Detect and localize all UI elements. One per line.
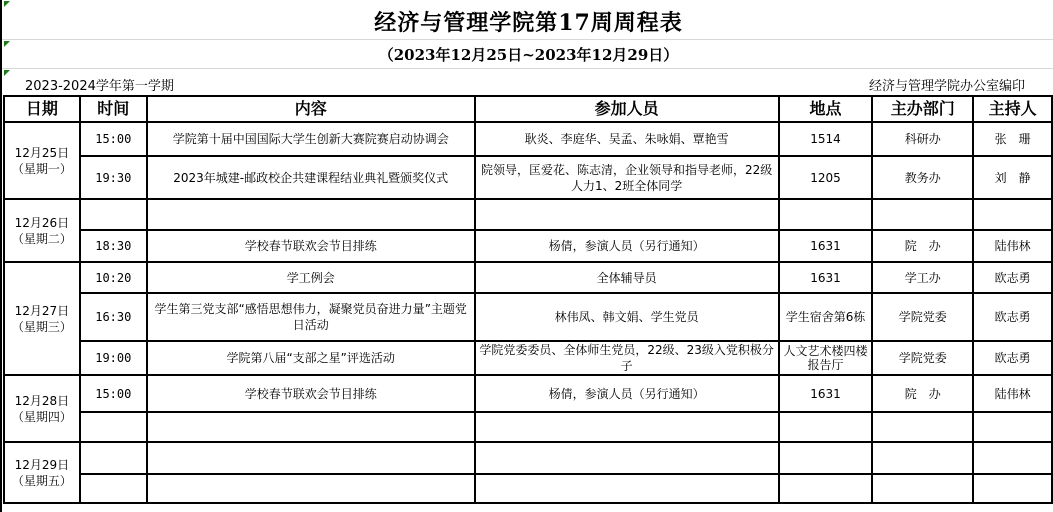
column-header-location: 地点 [779,96,873,122]
content-cell[interactable]: 学院第八届“支部之星”评选活动 [147,341,475,375]
schedule-table: 日期 时间 内容 参加人员 地点 主办部门 主持人 12月25日 （星期一） 1… [3,95,1053,504]
host-cell[interactable] [973,442,1052,474]
host-cell[interactable]: 陆伟林 [973,230,1052,262]
table-row: 12月25日 （星期一） 15:00 学院第十届中国国际大学生创新大赛院赛启动协… [4,122,1052,156]
table-row: 12月28日 （星期四） 15:00 学校春节联欢会节目排练 杨倩，参演人员（另… [4,375,1052,412]
location-cell[interactable]: 1631 [779,230,873,262]
host-cell[interactable]: 张 珊 [973,122,1052,156]
content-cell[interactable]: 学院第十届中国国际大学生创新大赛院赛启动协调会 [147,122,475,156]
host-cell[interactable] [973,474,1052,503]
location-cell[interactable]: 1205 [779,156,873,199]
header-row: 日期 时间 内容 参加人员 地点 主办部门 主持人 [4,96,1052,122]
location-cell[interactable]: 1514 [779,122,873,156]
column-header-date: 日期 [4,96,80,122]
time-cell[interactable] [80,412,147,442]
date-cell[interactable]: 12月26日 （星期二） [4,199,80,262]
content-cell[interactable]: 2023年城建-邮政校企共建课程结业典礼暨颁奖仪式 [147,156,475,199]
table-row [4,412,1052,442]
content-cell[interactable] [147,442,475,474]
table-row: 18:30 学校春节联欢会节目排练 杨倩，参演人员（另行通知） 1631 院 办… [4,230,1052,262]
location-cell[interactable]: 1631 [779,262,873,293]
weekday-label: （星期三） [7,319,77,335]
participants-cell[interactable]: 杨倩，参演人员（另行通知） [475,375,779,412]
host-cell[interactable] [973,412,1052,442]
date-cell[interactable]: 12月29日 （星期五） [4,442,80,503]
organizer-cell[interactable] [872,412,973,442]
date-label: 12月28日 [7,393,77,409]
semester-label: 2023-2024学年第一学期 [25,75,174,94]
location-cell[interactable]: 学生宿舍第6栋 [779,293,873,341]
table-row: 19:00 学院第八届“支部之星”评选活动 学院党委委员、全体师生党员，22级、… [4,341,1052,375]
table-row: 12月27日 （星期三） 10:20 学工例会 全体辅导员 1631 学工办 欧… [4,262,1052,293]
content-cell[interactable]: 学生第三党支部“感悟思想伟力，凝聚党员奋进力量”主题党日活动 [147,293,475,341]
editor-label: 经济与管理学院办公室编印 [869,75,1025,94]
organizer-cell[interactable]: 学工办 [872,262,973,293]
time-cell[interactable]: 18:30 [80,230,147,262]
participants-cell[interactable] [475,412,779,442]
content-cell[interactable]: 学校春节联欢会节目排练 [147,230,475,262]
page-title: 经济与管理学院第17周周程表 [2,6,1053,37]
participants-cell[interactable]: 院领导，匡爱花、陈志清，企业领导和指导老师，22级人力1、2班全体同学 [475,156,779,199]
location-cell[interactable]: 1631 [779,375,873,412]
location-cell[interactable] [779,412,873,442]
participants-cell[interactable] [475,442,779,474]
spreadsheet: 经济与管理学院第17周周程表 （2023年12月25日~2023年12月29日）… [0,0,1053,512]
time-cell[interactable]: 19:00 [80,341,147,375]
host-cell[interactable]: 陆伟林 [973,375,1052,412]
column-header-organizer: 主办部门 [872,96,973,122]
weekday-label: （星期二） [7,231,77,247]
content-cell[interactable] [147,474,475,503]
time-cell[interactable] [80,442,147,474]
organizer-cell[interactable]: 院 办 [872,375,973,412]
host-cell[interactable]: 刘 静 [973,156,1052,199]
date-label: 12月27日 [7,303,77,319]
time-cell[interactable] [80,474,147,503]
column-header-time: 时间 [80,96,147,122]
table-row: 12月29日 （星期五） [4,442,1052,474]
host-cell[interactable]: 欧志勇 [973,262,1052,293]
column-header-host: 主持人 [973,96,1052,122]
time-cell[interactable]: 19:30 [80,156,147,199]
participants-cell[interactable]: 全体辅导员 [475,262,779,293]
date-label: 12月26日 [7,215,77,231]
participants-cell[interactable] [475,199,779,230]
host-cell[interactable] [973,199,1052,230]
location-cell[interactable] [779,199,873,230]
weekday-label: （星期五） [7,473,77,489]
table-row: 19:30 2023年城建-邮政校企共建课程结业典礼暨颁奖仪式 院领导，匡爱花、… [4,156,1052,199]
organizer-cell[interactable] [872,199,973,230]
organizer-cell[interactable] [872,474,973,503]
organizer-cell[interactable]: 科研办 [872,122,973,156]
weekday-label: （星期四） [7,409,77,425]
table-row [4,474,1052,503]
location-cell[interactable] [779,442,873,474]
participants-cell[interactable]: 学院党委委员、全体师生党员，22级、23级入党积极分子 [475,341,779,375]
date-cell[interactable]: 12月25日 （星期一） [4,122,80,199]
content-cell[interactable]: 学校春节联欢会节目排练 [147,375,475,412]
participants-cell[interactable]: 耿炎、李庭华、吴孟、朱咏娟、覃艳雪 [475,122,779,156]
time-cell[interactable] [80,199,147,230]
participants-cell[interactable]: 林伟凤、韩文娟、学生党员 [475,293,779,341]
organizer-cell[interactable]: 学院党委 [872,341,973,375]
date-cell[interactable]: 12月28日 （星期四） [4,375,80,442]
content-cell[interactable] [147,412,475,442]
organizer-cell[interactable]: 学院党委 [872,293,973,341]
table-row: 12月26日 （星期二） [4,199,1052,230]
column-header-content: 内容 [147,96,475,122]
host-cell[interactable]: 欧志勇 [973,341,1052,375]
participants-cell[interactable] [475,474,779,503]
organizer-cell[interactable]: 院 办 [872,230,973,262]
organizer-cell[interactable]: 教务办 [872,156,973,199]
organizer-cell[interactable] [872,442,973,474]
date-range-subtitle: （2023年12月25日~2023年12月29日） [2,44,1053,65]
content-cell[interactable] [147,199,475,230]
date-cell[interactable]: 12月27日 （星期三） [4,262,80,375]
content-cell[interactable]: 学工例会 [147,262,475,293]
weekday-label: （星期一） [7,161,77,177]
cell-comment-marker-icon [4,70,10,76]
table-row: 16:30 学生第三党支部“感悟思想伟力，凝聚党员奋进力量”主题党日活动 林伟凤… [4,293,1052,341]
location-cell[interactable] [779,474,873,503]
column-header-participants: 参加人员 [475,96,779,122]
location-cell[interactable]: 人文艺术楼四楼报告厅 [779,341,873,375]
time-cell[interactable]: 15:00 [80,122,147,156]
time-cell[interactable]: 16:30 [80,293,147,341]
participants-cell[interactable]: 杨倩，参演人员（另行通知） [475,230,779,262]
time-cell[interactable]: 10:20 [80,262,147,293]
date-label: 12月25日 [7,145,77,161]
date-label: 12月29日 [7,457,77,473]
time-cell[interactable]: 15:00 [80,375,147,412]
host-cell[interactable]: 欧志勇 [973,293,1052,341]
